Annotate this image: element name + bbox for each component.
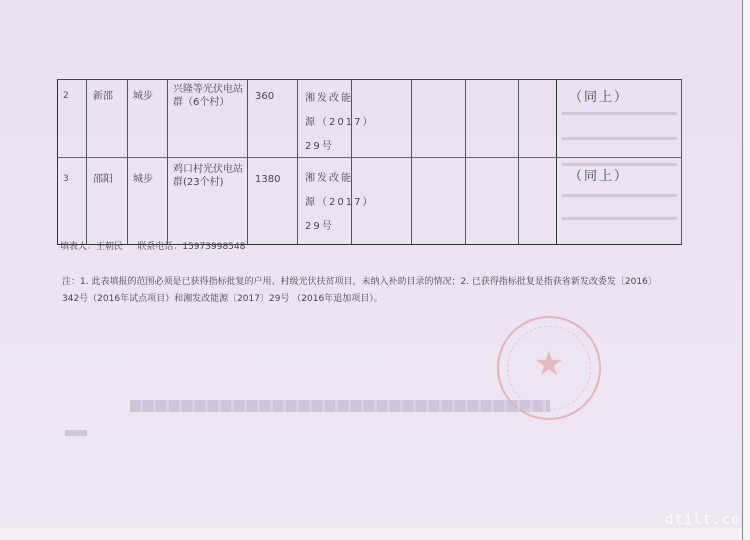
phone-label: 联系电话：: [137, 242, 182, 252]
column-line: [167, 80, 168, 244]
county-cell: 新邵: [93, 90, 113, 103]
capacity-cell: 360: [255, 90, 274, 103]
approval-doc-line: 29号: [305, 135, 374, 159]
project-cell: 兴隆等光伏电站群（6个村）: [173, 83, 245, 109]
town-cell: 城步: [133, 90, 153, 103]
filler-label: 填表人：: [60, 242, 96, 252]
row-index: 3: [63, 173, 69, 186]
table-note: 注：1. 此表填报的范围必须是已获得指标批复的户用、村级光伏扶贫项目，未纳入补助…: [62, 274, 712, 308]
column-line: [681, 80, 682, 244]
approval-doc-cell: 湘发改能 源（2017） 29号: [305, 167, 374, 239]
approval-doc-line: 湘发改能: [305, 167, 374, 191]
scan-right-edge: [742, 0, 750, 540]
column-line: [86, 80, 87, 244]
filler-info: 填表人：王朝民 联系电话：15973998548: [60, 239, 245, 252]
column-line: [247, 80, 248, 244]
approval-doc-line: 湘发改能: [305, 87, 374, 111]
approval-doc-line: 源（2017）: [305, 111, 374, 135]
bleed-through-text: [65, 430, 87, 436]
column-line: [127, 80, 128, 244]
note-line: 342号（2016年试点项目）和湘发改能源〔2017〕29号 （2016年追加项…: [62, 291, 712, 308]
column-line: [411, 80, 412, 244]
project-cell: 鸡口村光伏电站群(23个村): [173, 163, 245, 189]
column-line: [297, 80, 298, 244]
approval-doc-line: 源（2017）: [305, 191, 374, 215]
note-line: 注：1. 此表填报的范围必须是已获得指标批复的户用、村级光伏扶贫项目，未纳入补助…: [62, 274, 712, 291]
column-line: [518, 80, 519, 244]
capacity-cell: 1380: [255, 173, 280, 186]
bleed-through-title: [130, 400, 550, 412]
project-table: 2 新邵 城步 兴隆等光伏电站群（6个村） 360 湘发改能 源（2017） 2…: [57, 79, 682, 245]
seal-star-icon: ★: [499, 344, 599, 384]
column-line: [57, 80, 58, 244]
remark-cell: （同上）: [569, 91, 629, 104]
remark-cell: （同上）: [569, 170, 629, 183]
approval-doc-cell: 湘发改能 源（2017） 29号: [305, 87, 374, 159]
approval-doc-line: 29号: [305, 215, 374, 239]
watermark: dtilt.co: [665, 512, 740, 528]
scan-bottom-edge: [0, 528, 750, 540]
column-line: [465, 80, 466, 244]
filler-name: 王朝民: [96, 242, 123, 252]
county-cell: 邵阳: [93, 173, 113, 186]
town-cell: 城步: [133, 173, 153, 186]
column-line: [556, 80, 557, 244]
row-index: 2: [63, 90, 69, 103]
phone-number: 15973998548: [182, 242, 245, 252]
